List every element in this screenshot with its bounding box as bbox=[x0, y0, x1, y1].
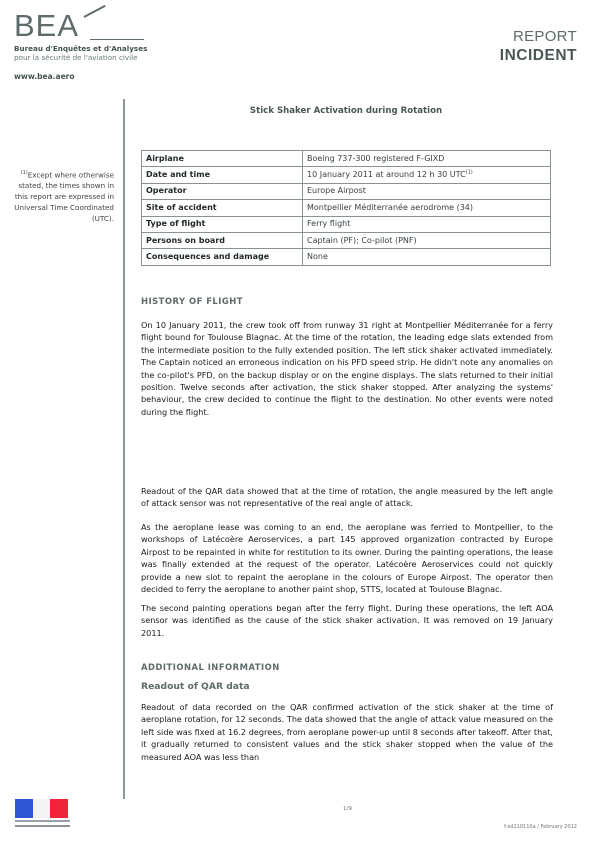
bea-logo: BEA Bureau d'Enquêtes et d'Analyses pour… bbox=[14, 10, 144, 62]
qar-paragraph: Readout of data recorded on the QAR conf… bbox=[141, 701, 553, 763]
table-row: AirplaneBoeing 737-300 registered F-GIXD bbox=[142, 151, 551, 167]
table-row: OperatorEurope Airpost bbox=[142, 183, 551, 199]
table-row: Consequences and damageNone bbox=[142, 249, 551, 265]
history-paragraph-1: On 10 January 2011, the crew took off fr… bbox=[141, 319, 553, 418]
history-paragraph-3: As the aeroplane lease was coming to an … bbox=[141, 521, 553, 595]
section-heading-additional: ADDITIONAL INFORMATION bbox=[141, 662, 280, 672]
incident-info-table: AirplaneBoeing 737-300 registered F-GIXD… bbox=[141, 150, 551, 266]
table-value-text: Europe Airpost bbox=[307, 186, 366, 195]
org-name: Bureau d'Enquêtes et d'Analyses bbox=[14, 44, 144, 53]
table-row: Type of flightFerry flight bbox=[142, 216, 551, 232]
table-row: Date and time10 January 2011 at around 1… bbox=[142, 167, 551, 183]
margin-divider bbox=[123, 99, 125, 799]
section-heading-history: HISTORY OF FLIGHT bbox=[141, 296, 243, 306]
table-key: Persons on board bbox=[142, 232, 303, 248]
website-link[interactable]: www.bea.aero bbox=[14, 72, 75, 81]
logo-letters: BEA bbox=[14, 10, 79, 42]
table-value-text: Boeing 737-300 registered F-GIXD bbox=[307, 154, 444, 163]
table-row: Persons on boardCaptain (PF); Co-pilot (… bbox=[142, 232, 551, 248]
footnote-text: Except where otherwise stated, the times… bbox=[14, 170, 114, 222]
table-value: Montpellier Méditerranée aerodrome (34) bbox=[303, 200, 551, 216]
table-value: Europe Airpost bbox=[303, 183, 551, 199]
table-key: Operator bbox=[142, 183, 303, 199]
table-value: 10 January 2011 at around 12 h 30 UTC(1) bbox=[303, 167, 551, 183]
table-value: None bbox=[303, 249, 551, 265]
table-key: Date and time bbox=[142, 167, 303, 183]
report-type: INCIDENT bbox=[500, 47, 577, 65]
table-value-text: Montpellier Méditerranée aerodrome (34) bbox=[307, 203, 473, 212]
table-value: Boeing 737-300 registered F-GIXD bbox=[303, 151, 551, 167]
history-paragraph-2: Readout of the QAR data showed that at t… bbox=[141, 485, 553, 510]
page-number: 1/9 bbox=[343, 806, 352, 812]
table-value-text: 10 January 2011 at around 12 h 30 UTC bbox=[307, 170, 466, 179]
footnote-marker: (1) bbox=[21, 170, 28, 176]
table-key: Airplane bbox=[142, 151, 303, 167]
table-key: Type of flight bbox=[142, 216, 303, 232]
document-reference: f-xd110110a / February 2012 bbox=[504, 824, 577, 830]
ministry-text-line bbox=[15, 820, 70, 822]
table-key: Site of accident bbox=[142, 200, 303, 216]
bea-logo-mark: BEA bbox=[14, 10, 144, 40]
table-value-text: Ferry flight bbox=[307, 219, 350, 228]
logo-swoosh-icon bbox=[84, 5, 106, 18]
table-value: Ferry flight bbox=[303, 216, 551, 232]
history-paragraph-4: The second painting operations began aft… bbox=[141, 602, 553, 639]
french-republic-flag-icon bbox=[15, 799, 68, 818]
table-value-text: Captain (PF); Co-pilot (PNF) bbox=[307, 236, 417, 245]
report-label: REPORT bbox=[513, 28, 577, 45]
org-subtitle: pour la sécurité de l'aviation civile bbox=[14, 53, 144, 62]
table-row: Site of accidentMontpellier Méditerranée… bbox=[142, 200, 551, 216]
footnote-reference: (1) bbox=[466, 169, 473, 175]
document-title: Stick Shaker Activation during Rotation bbox=[140, 106, 552, 116]
logo-underline bbox=[90, 39, 144, 40]
footnote-utc: (1)Except where otherwise stated, the ti… bbox=[14, 168, 114, 224]
subsection-heading-qar: Readout of QAR data bbox=[141, 681, 250, 692]
table-key: Consequences and damage bbox=[142, 249, 303, 265]
ministry-text-line bbox=[15, 825, 70, 827]
table-value: Captain (PF); Co-pilot (PNF) bbox=[303, 232, 551, 248]
table-value-text: None bbox=[307, 252, 328, 261]
